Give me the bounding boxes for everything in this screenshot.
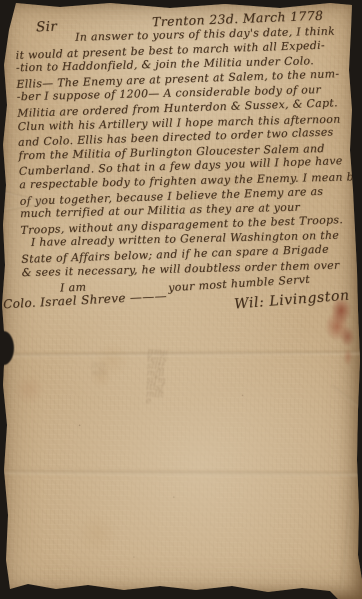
addressee-line: Colo. Israel Shreve ———: [3, 289, 167, 312]
letter-body: In answer to yours of this day's date, I…: [15, 23, 362, 281]
crease-diagonal-right: [331, 384, 362, 418]
scanned-letter-image: Trenton 23d. March 1778 Sir In answer to…: [0, 0, 362, 599]
wax-seal-stain-tail: [340, 344, 356, 370]
ink-bleed-through: ffmllteifssllttmfllsifmltisfmllte: [145, 350, 170, 437]
wax-seal-stain: [318, 295, 360, 347]
crease-vertical-bottom-right: [340, 500, 351, 590]
fold-crease-horizontal-upper: [0, 351, 362, 358]
fold-crease-horizontal-lower: [0, 470, 362, 476]
letter-paper: Trenton 23d. March 1778 Sir In answer to…: [0, 0, 362, 599]
ink-bleed-through-small: iltfsmlti: [91, 361, 110, 402]
